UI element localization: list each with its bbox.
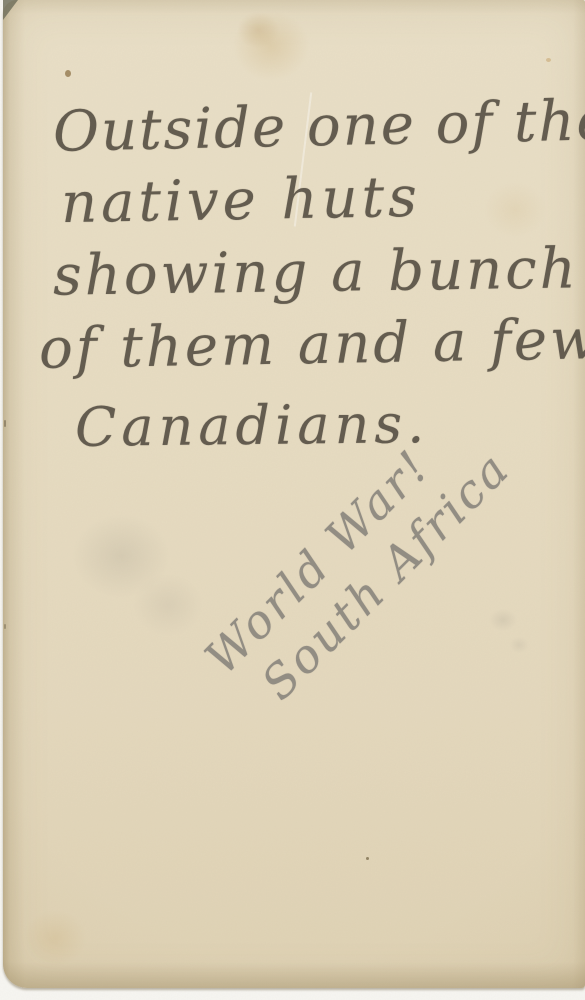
- handwritten-caption-line-3: showing a bunch: [53, 236, 580, 308]
- handwritten-caption-line-5: Canadians.: [75, 392, 430, 459]
- scan-background: { "note": { "lines": [ "Outside one of t…: [0, 0, 585, 1000]
- postcard-back: Outside one of the native huts showing a…: [3, 0, 585, 988]
- handwritten-caption-line-4: of them and a few: [38, 307, 585, 382]
- paper-speck: [65, 70, 71, 77]
- handwritten-caption-line-1: Outside one of the: [52, 88, 585, 165]
- worn-corner: [3, 0, 18, 20]
- paper-speck: [4, 624, 6, 629]
- paper-speck: [546, 58, 551, 62]
- paper-speck: [366, 857, 369, 860]
- handwritten-caption-line-2: native huts: [60, 165, 421, 236]
- paper-speck: [4, 420, 6, 427]
